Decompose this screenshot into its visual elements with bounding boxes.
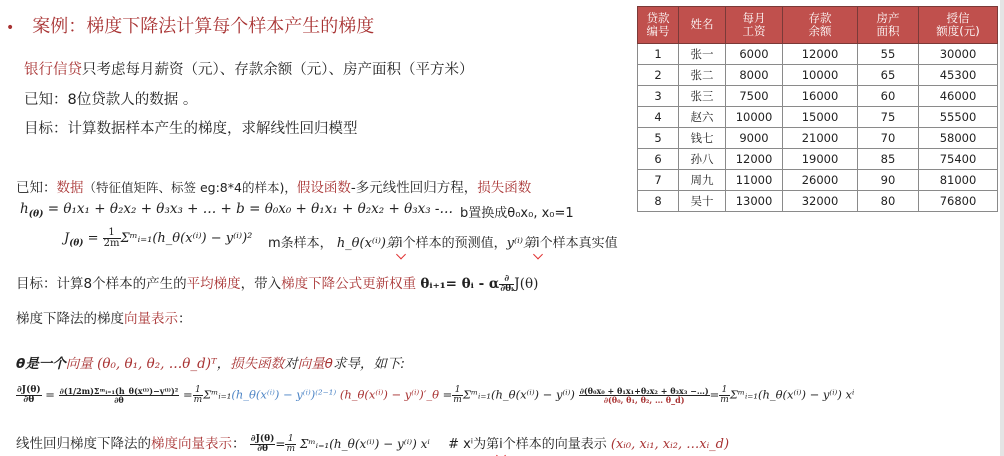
bank-credit-label: 银行信贷 [24,62,82,78]
cell: 10000 [783,65,858,86]
final-line: 线性回归梯度下降法的梯度向量表示： ∂J(θ)∂θ=1m Σᵐᵢ₌₁(h_θ(x… [16,432,729,454]
cell: 70 [858,128,919,149]
table-row: 5钱七9000210007058000 [638,128,998,149]
f2-fraction: ∂(θ₀x₀ + θ₁x₁+θ₂x₂ + θ₃x₃ −…)∂(θ₀, θ₁, θ… [579,387,710,404]
cell: 58000 [919,128,998,149]
cell: 1 [638,44,679,65]
header-l2: 工资 [743,24,766,38]
cell: 30000 [919,44,998,65]
intro-line-3: 目标：计算数据样本产生的梯度，求解线性回归模型 [24,117,358,138]
bullet-icon: • [6,20,14,36]
cell: 8 [638,191,679,212]
cell: 13000 [726,191,783,212]
j-theta: J(θ) [514,276,538,292]
header-credit: 授信额度(元) [919,7,998,44]
cell: 钱七 [679,128,726,149]
partial-den: ∂θᵢ [499,285,514,294]
blue-power-part: (h_θ(x⁽ⁱ⁾) − y⁽ⁱ⁾)⁽²⁻¹⁾ [231,388,336,402]
cell: 吴十 [679,191,726,212]
derivation-formula: ∂J(θ)∂θ = ∂(1/2m)Σᵐᵢ₌₁(h_θ(x⁽ⁱ⁾)−y⁽ⁱ⁾)²∂… [16,386,854,405]
header-salary: 每月工资 [726,7,783,44]
partial-num: ∂ [499,275,514,285]
f1-den: ∂θ [59,396,180,404]
final-formula: ∂J(θ)∂θ=1m Σᵐᵢ₌₁(h_θ(x⁽ⁱ⁾) − y⁽ⁱ⁾) xⁱ [250,437,430,451]
spellcheck-i: i [399,236,403,251]
final-eq: = [275,437,285,451]
table-row: 7周九11000260009081000 [638,170,998,191]
eq4: = [710,388,720,402]
header-l1: 每月 [743,11,766,25]
final-comment: # xⁱ为第i个样本的向量表示 (xᵢ₀, xᵢ₁, xᵢ₂, …xᵢ_d) [448,437,729,452]
cell: 张一 [679,44,726,65]
data-note: （特征值矩阵、标签 eg:8*4的样本)， [84,180,297,195]
prediction-text: 个样本的预测值， [403,236,507,251]
cell: 12000 [726,149,783,170]
loss-label: 损失函数 [477,180,531,196]
m3-den: m [719,396,730,405]
sum-symbol: Σᵐᵢ₌₁ [203,388,231,402]
sample-vector: (xᵢ₀, xᵢ₁, xᵢ₂, …xᵢ_d) [611,437,729,452]
cell: 75400 [919,149,998,170]
final-prefix: 线性回归梯度下降法的 [16,436,151,452]
cell: 10000 [726,107,783,128]
cell: 55500 [919,107,998,128]
eq3: = [443,388,453,402]
header-l2: 额度(元) [936,24,979,38]
goal-mid: ，带入 [241,276,282,292]
header-id: 贷款编号 [638,7,679,44]
header-l1: 姓名 [691,17,714,31]
m-fraction: 1m [193,386,204,405]
goal-prefix: 目标：计算8个样本的产生的 [16,276,187,292]
cell: 80 [858,191,919,212]
update-formula-label: 梯度下降公式更新权重 [281,276,416,292]
cell: 21000 [783,128,858,149]
to-word: 对 [284,356,298,372]
cell: 26000 [783,170,858,191]
loan-data-table: 贷款编号 姓名 每月工资 存款余额 房产面积 授信额度(元) 1张一600012… [637,6,998,212]
vector-prefix: 梯度下降法的梯度 [16,311,124,327]
hypothesis-formula: h(θ) = θ₁x₁ + θ₂x₂ + θ₃x₃ + … + b = θ₀x₀… [20,201,453,220]
vector-heading: 梯度下降法的梯度向量表示： [16,307,192,327]
equals: = [83,231,98,246]
spellcheck-i-2: i [536,236,540,251]
m-samples-text: m条样本， [268,236,333,251]
m3-fraction: 1m [719,386,730,405]
update-formula: θᵢ₊₁= θᵢ - α [420,276,499,292]
header-l1: 授信 [947,11,970,25]
table-row: 6孙八12000190008575400 [638,149,998,170]
header-area: 房产面积 [858,7,919,44]
vector-label: 向量表示 [124,311,178,327]
header-l1: 存款 [809,11,832,25]
comment-b: 个样本的向量表示 [503,437,607,452]
theta-vector-line: θ是一个向量 (θ₀, θ₁, θ₂, …θ_d)ᵀ，损失函数对向量θ求导，如下… [16,352,405,372]
loss-function-word: 损失函数 [230,356,284,372]
comment-a: # xⁱ为第 [448,437,499,452]
theta-components: (θ₀, θ₁, θ₂, …θ_d)ᵀ [97,356,217,372]
f2-den: ∂(θ₀, θ₁, θ₂, … θ_d) [579,396,710,404]
cell: 15000 [783,107,858,128]
eq1: = [45,388,55,402]
known-prefix: 已知： [16,180,57,196]
cell: 12000 [783,44,858,65]
cell: 85 [858,149,919,170]
data-label: 数据 [57,180,84,196]
m2-fraction: 1m [452,386,463,405]
gradient-vector-label: 梯度向量表示 [151,436,232,452]
final-m-den: m [285,445,296,454]
prediction-symbol: h_θ(x⁽ⁱ⁾)第 [337,236,399,251]
final-m-fraction: 1m [285,435,296,454]
vector-suffix: ： [178,311,192,327]
header-deposit: 存款余额 [783,7,858,44]
cell: 60 [858,86,919,107]
header-l2: 面积 [877,24,900,38]
cell: 3 [638,86,679,107]
hypothesis-note: -多元线性回归方程， [351,180,477,196]
header-name: 姓名 [679,7,726,44]
cell: 19000 [783,149,858,170]
cell: 赵六 [679,107,726,128]
header-l1: 贷款 [647,11,670,25]
cell: 9000 [726,128,783,149]
cell: 46000 [919,86,998,107]
cell: 孙八 [679,149,726,170]
cell: 8000 [726,65,783,86]
intro-line-1: 银行信贷只考虑每月薪资（元）、存款余额（元）、房产面积（平方米） [24,58,474,79]
cell: 32000 [783,191,858,212]
goal-line: 目标：计算8个样本的产生的平均梯度，带入梯度下降公式更新权重 θᵢ₊₁= θᵢ … [16,272,538,294]
table-row: 8吴十13000320008076800 [638,191,998,212]
theta-is-text: θ是一个 [16,356,66,372]
table-row: 4赵六10000150007555500 [638,107,998,128]
cell: 周九 [679,170,726,191]
header-l2: 编号 [647,24,670,38]
lhs-fraction: ∂J(θ)∂θ [16,386,42,405]
b-substitution-note: b置换成θ₀x₀, x₀=1 [460,202,574,221]
cell: 2 [638,65,679,86]
scrollbar-strip [1000,0,1004,456]
cell: 45300 [919,65,998,86]
cell: 65 [858,65,919,86]
final-colon: ： [232,436,246,452]
sum3: Σᵐᵢ₌₁(h_θ(x⁽ⁱ⁾) − y⁽ⁱ⁾) xⁱ [730,388,855,402]
cell: 4 [638,107,679,128]
hypothesis-label: 假设函数 [297,180,351,196]
known-line: 已知：数据（特征值矩阵、标签 eg:8*4的样本)，假设函数-多元线性回归方程，… [16,176,531,196]
spellcheck-i-3: i [499,437,503,452]
true-value-text: 个样本真实值 [540,236,618,251]
features-text: 只考虑每月薪资（元）、存款余额（元）、房产面积（平方米） [82,62,474,78]
vector-word: 向量 [66,356,93,372]
sum2: Σᵐᵢ₌₁(h_θ(x⁽ⁱ⁾) − y⁽ⁱ⁾) [463,388,575,402]
cell: 张三 [679,86,726,107]
final-lhs-den: ∂θ [250,445,276,454]
cell: 6000 [726,44,783,65]
derive-text: 求导，如下: [333,356,405,372]
title-text: 案例：梯度下降法计算每个样本产生的梯度 [32,16,374,37]
cell: 7 [638,170,679,191]
table-row: 3张三7500160006046000 [638,86,998,107]
comma: ， [217,356,231,372]
h-subscript: (θ) [29,209,44,220]
j-subscript: (θ) [69,239,83,249]
partial-fraction: ∂∂θᵢ [499,275,514,294]
lhs-den: ∂θ [16,396,42,405]
m2-den: m [452,396,463,405]
vector-theta-word: 向量θ [298,356,333,372]
red-derivative-part: (h_θ(x⁽ⁱ⁾) − y⁽ⁱ⁾)′_θ [340,388,439,402]
intro-line-2: 已知：8位贷款人的数据 。 [24,88,197,109]
half-m-fraction: 12m [103,228,121,249]
final-sum: Σᵐᵢ₌₁(h_θ(x⁽ⁱ⁾) − y⁽ⁱ⁾) xⁱ [300,437,430,451]
cell: 90 [858,170,919,191]
table-row: 1张一6000120005530000 [638,44,998,65]
loss-sum: Σᵐᵢ₌₁(h_θ(x⁽ⁱ⁾) − y⁽ⁱ⁾)² [121,231,253,246]
m-den: m [193,396,204,405]
cell: 76800 [919,191,998,212]
header-l1: 房产 [877,11,900,25]
frac-den: 2m [103,239,121,249]
cell: 6 [638,149,679,170]
final-lhs-fraction: ∂J(θ)∂θ [250,435,276,454]
h-symbol: h [20,201,29,217]
table-header-row: 贷款编号 姓名 每月工资 存款余额 房产面积 授信额度(元) [638,7,998,44]
loss-formula: J(θ) = 12mΣᵐᵢ₌₁(h_θ(x⁽ⁱ⁾) − y⁽ⁱ⁾)² [64,228,252,249]
cell: 7500 [726,86,783,107]
f1-fraction: ∂(1/2m)Σᵐᵢ₌₁(h_θ(x⁽ⁱ⁾)−y⁽ⁱ⁾)²∂θ [59,387,180,404]
cell: 5 [638,128,679,149]
hypothesis-rhs: = θ₁x₁ + θ₂x₂ + θ₃x₃ + … + b = θ₀x₀ + θ₁… [44,201,454,217]
cell: 11000 [726,170,783,191]
cell: 75 [858,107,919,128]
avg-gradient-label: 平均梯度 [187,276,241,292]
slide-title: •案例：梯度下降法计算每个样本产生的梯度 [6,12,374,38]
eq2: = [183,388,193,402]
table-row: 2张二8000100006545300 [638,65,998,86]
cell: 55 [858,44,919,65]
cell: 16000 [783,86,858,107]
header-l2: 余额 [809,24,832,38]
loss-note: m条样本， h_θ(x⁽ⁱ⁾)第i个样本的预测值，y⁽ⁱ⁾第i个样本真实值 [268,232,618,251]
cell: 81000 [919,170,998,191]
true-symbol: y⁽ⁱ⁾第 [507,236,536,251]
cell: 张二 [679,65,726,86]
